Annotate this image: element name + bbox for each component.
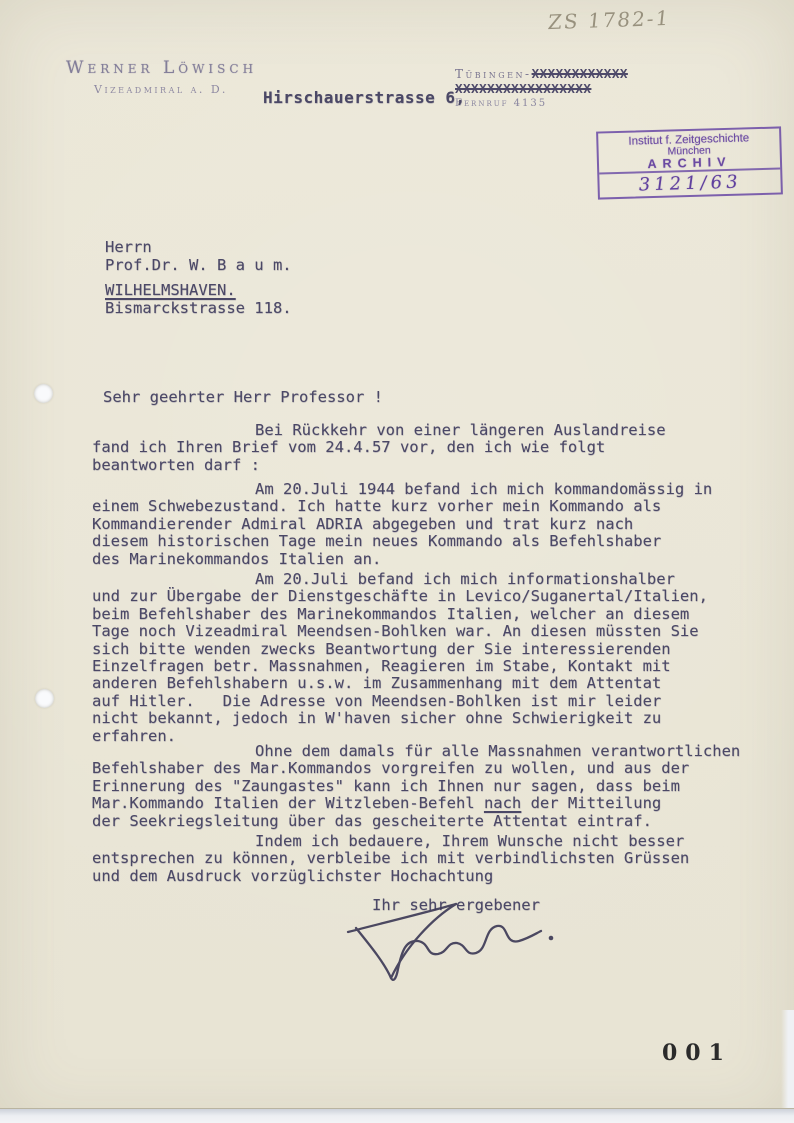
letter-line: nicht bekannt, jedoch in W'haven sicher … bbox=[92, 710, 742, 727]
archive-stamp: Institut f. Zeitgeschichte München ARCHI… bbox=[596, 126, 783, 199]
letter-line: Befehlshaber des Mar.Kommandos vorgreife… bbox=[92, 760, 742, 777]
letter-line: Bei Rückkehr von einer längeren Auslandr… bbox=[92, 422, 742, 439]
letter-line: beantworten darf : bbox=[92, 457, 742, 474]
signature-dot bbox=[549, 936, 554, 941]
letter-line: anderen Befehlshabern u.s.w. im Zusammen… bbox=[92, 675, 742, 692]
line-text: Kommandierender Admiral ADRIA abgegeben … bbox=[92, 515, 633, 533]
scan-edge-bottom bbox=[0, 1108, 794, 1123]
line-text: und zur Übergabe der Dienstgeschäfte in … bbox=[92, 587, 708, 605]
recipient-line: WILHELMSHAVEN. bbox=[105, 281, 292, 299]
line-text: und dem Ausdruck vorzüglichster Hochacht… bbox=[92, 867, 493, 885]
line-text: Tage noch Vizeadmiral Meendsen-Bohlken w… bbox=[92, 622, 699, 640]
line-text: erfahren. bbox=[92, 727, 176, 745]
letter-line: Erinnerung des "Zaungastes" kann ich Ihn… bbox=[92, 778, 742, 795]
line-text: einem Schwebezustand. Ich hatte kurz vor… bbox=[92, 497, 661, 515]
line-text: Bei Rückkehr von einer längeren Auslandr… bbox=[255, 421, 666, 439]
line-text: beim Befehlshaber des Marinekommandos It… bbox=[92, 605, 689, 623]
recipient-line-text: Herrn bbox=[105, 238, 152, 256]
letter-line: Kommandierender Admiral ADRIA abgegeben … bbox=[92, 516, 742, 533]
letter-line: beim Befehlshaber des Marinekommandos It… bbox=[92, 606, 742, 623]
scanned-letter-page: ZS 1782-1 Werner Löwisch Vizeadmiral a. … bbox=[0, 0, 794, 1123]
letter-line: einem Schwebezustand. Ich hatte kurz vor… bbox=[92, 498, 742, 515]
line-text: diesem historischen Tage mein neues Komm… bbox=[92, 532, 661, 550]
signature-stroke-vright bbox=[391, 904, 456, 978]
line-text: Am 20.Juli 1944 befand ich mich kommando… bbox=[255, 480, 712, 498]
line-text: anderen Befehlshabern u.s.w. im Zusammen… bbox=[92, 674, 661, 692]
line-text: Erinnerung des "Zaungastes" kann ich Ihn… bbox=[92, 777, 680, 795]
line-text: entsprechen zu können, verbleibe ich mit… bbox=[92, 849, 689, 867]
letter-line: auf Hitler. Die Adresse von Meendsen-Boh… bbox=[92, 693, 742, 710]
salutation: Sehr geehrter Herr Professor ! bbox=[103, 388, 383, 406]
letter-line: entsprechen zu können, verbleibe ich mit… bbox=[92, 850, 742, 867]
letterhead-sender-name: Werner Löwisch bbox=[66, 58, 257, 78]
letter-line: Am 20.Juli 1944 befand ich mich kommando… bbox=[92, 481, 742, 498]
letterhead-sender-title: Vizeadmiral a. D. bbox=[94, 83, 228, 96]
recipient-line-text: WILHELMSHAVEN. bbox=[105, 281, 236, 299]
page-number: 001 bbox=[662, 1040, 732, 1066]
letterhead-street-typed: Hirschauerstrasse 6, bbox=[263, 88, 466, 107]
letter-paragraph: Ohne dem damals für alle Massnahmen vera… bbox=[92, 743, 742, 830]
punch-hole-bottom bbox=[35, 689, 54, 708]
letter-line: und dem Ausdruck vorzüglichster Hochacht… bbox=[92, 868, 742, 885]
letterhead-city: Tübingen- bbox=[455, 67, 532, 81]
recipient-line: Herrn bbox=[105, 238, 292, 256]
signature-handwriting bbox=[338, 898, 566, 993]
letter-line: Tage noch Vizeadmiral Meendsen-Bohlken w… bbox=[92, 623, 742, 640]
line-text: beantworten darf : bbox=[92, 456, 260, 474]
recipient-line: Bismarckstrasse 118. bbox=[105, 299, 292, 317]
line-text: der Seekriegsleitung über das gescheiter… bbox=[92, 812, 652, 830]
scan-edge-right bbox=[781, 1010, 794, 1109]
line-text: Indem ich bedauere, Ihrem Wunsche nicht … bbox=[255, 832, 684, 850]
letterhead-right-block: Tübingen-XXXXXXXXXXXX XXXXXXXXXXXXXXXXX … bbox=[455, 66, 695, 109]
letter-line: Mar.Kommando Italien der Witzleben-Befeh… bbox=[92, 795, 742, 812]
letterhead-struck-text-1: XXXXXXXXXXXX bbox=[532, 66, 628, 81]
letterhead-struck-text-2: XXXXXXXXXXXXXXXXX bbox=[455, 81, 591, 96]
letter-line: diesem historischen Tage mein neues Komm… bbox=[92, 533, 742, 550]
letter-line: Indem ich bedauere, Ihrem Wunsche nicht … bbox=[92, 833, 742, 850]
letter-paragraph: Bei Rückkehr von einer längeren Auslandr… bbox=[92, 422, 742, 474]
line-text: Am 20.Juli befand ich mich informationsh… bbox=[255, 570, 675, 588]
letter-paragraph: Indem ich bedauere, Ihrem Wunsche nicht … bbox=[92, 833, 742, 885]
punch-hole-top bbox=[34, 384, 53, 403]
recipient-line-text: Bismarckstrasse 118. bbox=[105, 299, 292, 317]
line-text: Einzelfragen betr. Massnahmen, Reagieren… bbox=[92, 657, 671, 675]
line-text: der Mitteilung bbox=[521, 794, 661, 812]
line-text: sich bitte wenden zwecks Beantwortung de… bbox=[92, 640, 671, 658]
recipient-line-text: Prof.Dr. W. B a u m. bbox=[105, 256, 292, 274]
line-text: Mar.Kommando Italien der Witzleben-Befeh… bbox=[92, 794, 484, 812]
archive-note-handwritten: ZS 1782-1 bbox=[547, 6, 672, 34]
line-text: des Marinekommandos Italien an. bbox=[92, 550, 381, 568]
stamp-accession-number-handwritten: 3121/63 bbox=[598, 169, 782, 196]
letter-line: sich bitte wenden zwecks Beantwortung de… bbox=[92, 641, 742, 658]
letterhead-struck-line-2: XXXXXXXXXXXXXXXXX bbox=[455, 81, 695, 96]
letter-line: des Marinekommandos Italien an. bbox=[92, 551, 742, 568]
underlined-word: nach bbox=[484, 794, 521, 812]
signature-stroke-main bbox=[356, 926, 541, 980]
line-text: fand ich Ihren Brief vom 24.4.57 vor, de… bbox=[92, 438, 605, 456]
letter-line: Ohne dem damals für alle Massnahmen vera… bbox=[92, 743, 742, 760]
archive-stamp-top: Institut f. Zeitgeschichte München ARCHI… bbox=[598, 128, 780, 174]
letterhead-phone: Fernruf 4135 bbox=[455, 98, 695, 109]
letter-line: Am 20.Juli befand ich mich informationsh… bbox=[92, 571, 742, 588]
line-text: nicht bekannt, jedoch in W'haven sicher … bbox=[92, 709, 661, 727]
letter-paragraph: Am 20.Juli 1944 befand ich mich kommando… bbox=[92, 481, 742, 568]
letter-line: und zur Übergabe der Dienstgeschäfte in … bbox=[92, 588, 742, 605]
recipient-address-block: HerrnProf.Dr. W. B a u m.WILHELMSHAVEN.B… bbox=[105, 238, 292, 317]
recipient-line: Prof.Dr. W. B a u m. bbox=[105, 256, 292, 274]
letter-line: Einzelfragen betr. Massnahmen, Reagieren… bbox=[92, 658, 742, 675]
letter-line: fand ich Ihren Brief vom 24.4.57 vor, de… bbox=[92, 439, 742, 456]
letter-paragraph: Am 20.Juli befand ich mich informationsh… bbox=[92, 571, 742, 745]
letter-line: der Seekriegsleitung über das gescheiter… bbox=[92, 813, 742, 830]
line-text: auf Hitler. Die Adresse von Meendsen-Boh… bbox=[92, 692, 661, 710]
letterhead-city-line: Tübingen-XXXXXXXXXXXX bbox=[455, 66, 695, 81]
line-text: Ohne dem damals für alle Massnahmen vera… bbox=[255, 742, 740, 760]
signature-stroke-cross bbox=[348, 904, 456, 932]
line-text: Befehlshaber des Mar.Kommandos vorgreife… bbox=[92, 759, 689, 777]
